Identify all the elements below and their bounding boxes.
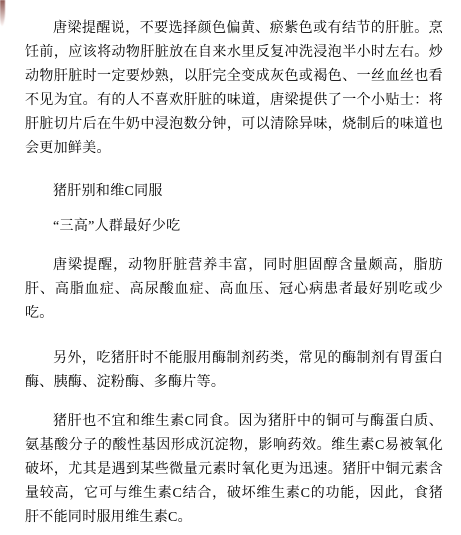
document-page: { "page": { "background_color": "#ffffff… xyxy=(0,0,461,535)
paragraph-cholesterol-warning: 唐梁提醒，动物肝脏营养丰富，同时胆固醇含量颇高，脂肪肝、高脂血症、高尿酸血症、高… xyxy=(25,254,443,326)
paragraph-vitamin-c-interaction: 猪肝也不宜和维生素C同食。因为猪肝中的铜可与酶蛋白质、氨基酸分子的酸性基因形成沉… xyxy=(25,410,443,530)
paragraph-liver-selection-tips: 唐梁提醒说，不要选择颜色偏黄、瘀紫色或有结节的肝脏。烹饪前，应该将动物肝脏放在自… xyxy=(25,17,443,161)
paragraph-enzyme-medicine-warning: 另外，吃猪肝时不能服用酶制剂药类，常见的酶制剂有胃蛋白酶、胰酶、淀粉酶、多酶片等… xyxy=(25,347,443,395)
article-body: 唐梁提醒说，不要选择颜色偏黄、瘀紫色或有结节的肝脏。烹饪前，应该将动物肝脏放在自… xyxy=(0,0,461,530)
section-heading-three-highs: “三高”人群最好少吃 xyxy=(25,215,443,239)
section-heading-no-vitamin-c: 猪肝别和维C同服 xyxy=(25,180,443,204)
